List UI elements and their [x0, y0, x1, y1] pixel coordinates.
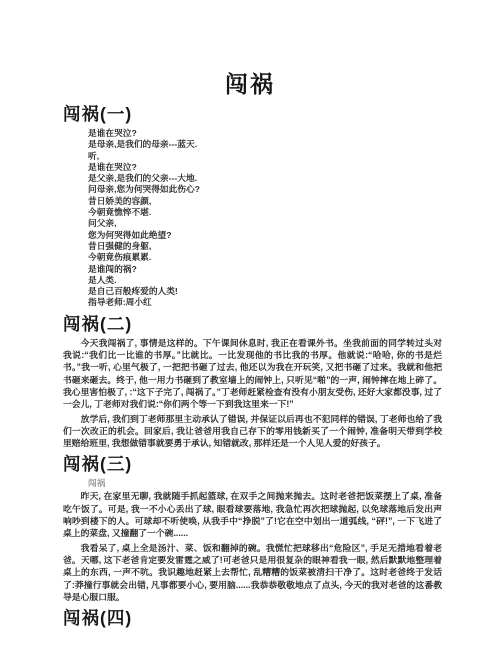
poem-line: 是自己百般疼爱的人类!	[88, 286, 442, 297]
section-2-paragraph-2: 放学后, 我们到丁老师那里主动承认了错误, 并保证以后再也不犯同样的错误, 丁老…	[63, 413, 442, 450]
poem-line: 是谁闯的祸?	[88, 264, 442, 275]
poem-line: 是人类.	[88, 275, 442, 286]
poem-line: 昔日强健的身躯,	[88, 241, 442, 252]
poem-line: 问母亲,您为何哭得如此伤心?	[88, 184, 442, 195]
teacher-credit-line: 指导老师:周小红	[88, 297, 442, 308]
section-2-paragraph-1: 今天我闯祸了, 事情是这样的。下午课间休息时, 我正在看课外书。坐我前面的同学转…	[63, 337, 442, 411]
document-content: 闯祸(一) 是谁在哭泣? 是母亲,是我们的母亲---蓝天. 听, 是谁在哭泣? …	[63, 104, 442, 629]
section-2-heading: 闯祸(二)	[63, 314, 442, 335]
section-4: 闯祸(四)	[63, 608, 442, 629]
section-1-poem: 是谁在哭泣? 是母亲,是我们的母亲---蓝天. 听, 是谁在哭泣? 是父亲,是我…	[88, 128, 442, 309]
poem-line: 昔日娇美的容颜,	[88, 196, 442, 207]
poem-line: 您为何哭得如此绝望?	[88, 230, 442, 241]
section-2: 闯祸(二) 今天我闯祸了, 事情是这样的。下午课间休息时, 我正在看课外书。坐我…	[63, 314, 442, 450]
poem-line: 是母亲,是我们的母亲---蓝天.	[88, 139, 442, 150]
poem-line: 听,	[88, 151, 442, 162]
poem-line: 问父亲,	[88, 218, 442, 229]
section-3-paragraph-1: 昨天, 在家里无聊, 我就随手抓起篮球, 在双手之间抛来抛去。这时老爸把饭菜摆上…	[63, 490, 442, 539]
poem-line: 是父亲,是我们的父亲---大地.	[88, 173, 442, 184]
section-3: 闯祸(三) 闯祸 昨天, 在家里无聊, 我就随手抓起篮球, 在双手之间抛来抛去。…	[63, 454, 442, 603]
document-title: 闯祸	[0, 0, 500, 99]
section-3-subtitle: 闯祸	[88, 478, 442, 488]
poem-line: 是谁在哭泣?	[88, 162, 442, 173]
section-3-paragraph-2: 我看呆了, 桌上全是汤汁、菜、饭和翻掉的碗。我慌忙把球移出“危险区”, 手足无措…	[63, 542, 442, 603]
section-1: 闯祸(一) 是谁在哭泣? 是母亲,是我们的母亲---蓝天. 听, 是谁在哭泣? …	[63, 104, 442, 309]
poem-line: 是谁在哭泣?	[88, 128, 442, 139]
section-3-heading: 闯祸(三)	[63, 454, 442, 475]
poem-line: 今朝竟憔悴不堪.	[88, 207, 442, 218]
document-page: 闯祸 闯祸(一) 是谁在哭泣? 是母亲,是我们的母亲---蓝天. 听, 是谁在哭…	[0, 0, 500, 647]
poem-line: 今朝竟伤痕累累.	[88, 252, 442, 263]
section-4-heading: 闯祸(四)	[63, 608, 442, 629]
section-1-heading: 闯祸(一)	[63, 104, 442, 125]
